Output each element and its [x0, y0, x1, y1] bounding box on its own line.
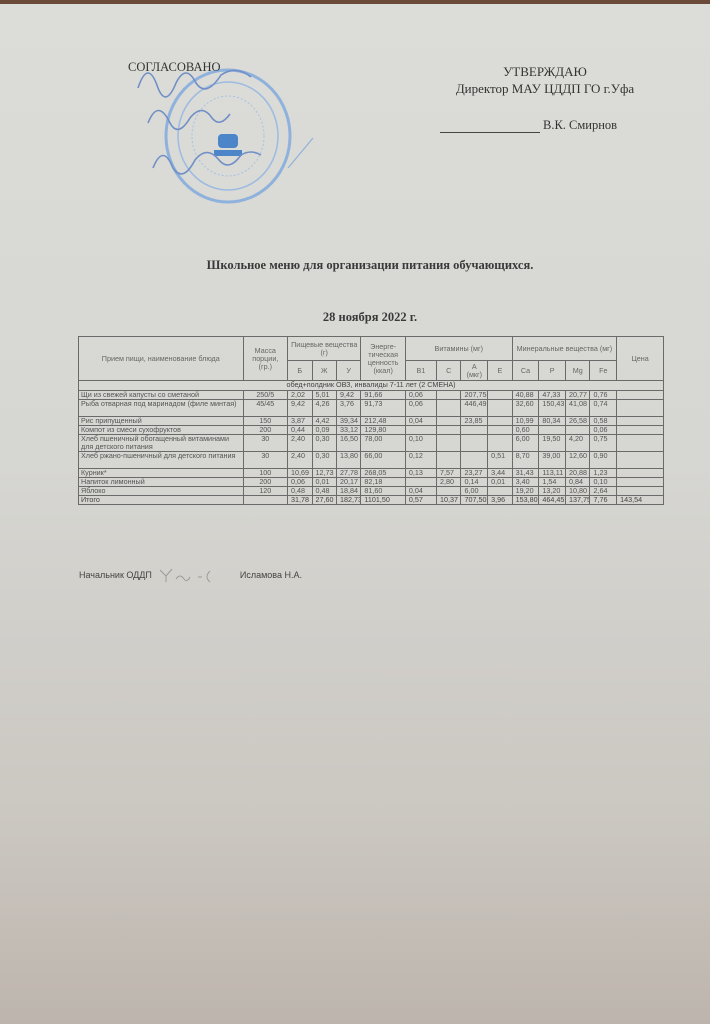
cell-price [617, 391, 664, 400]
cell-c [437, 426, 461, 435]
cell-p: 80,34 [539, 417, 566, 426]
cell-zh: 4,26 [312, 400, 336, 417]
cell-mg: 12,60 [566, 452, 590, 469]
cell-a: 23,85 [461, 417, 488, 426]
cell-name: Яблоко [79, 487, 244, 496]
header-minerals: Минеральные вещества (мг) [512, 337, 617, 361]
cell-c: 2,80 [437, 478, 461, 487]
cell-ca: 19,20 [512, 487, 539, 496]
cell-zh: 0,30 [312, 435, 336, 452]
cell-p: 13,20 [539, 487, 566, 496]
cell-price [617, 426, 664, 435]
header-vitamins: Витамины (мг) [405, 337, 512, 361]
total-name: Итого [79, 496, 244, 505]
cell-zh: 4,42 [312, 417, 336, 426]
total-e: 3,96 [488, 496, 512, 505]
cell-b1: 0,06 [405, 391, 436, 400]
total-zh: 27,60 [312, 496, 336, 505]
cell-energy: 91,73 [361, 400, 405, 417]
cell-fe: 0,10 [590, 478, 617, 487]
table-row: Яблоко1200,480,4818,8481,600,046,0019,20… [79, 487, 664, 496]
cell-c [437, 487, 461, 496]
cell-c [437, 391, 461, 400]
cell-a: 23,27 [461, 469, 488, 478]
cell-fe: 0,58 [590, 417, 617, 426]
cell-b1: 0,04 [405, 417, 436, 426]
header-fe: Fe [590, 361, 617, 381]
header-zh: Ж [312, 361, 336, 381]
cell-e [488, 487, 512, 496]
header-mass: Масса порции, (гр.) [243, 337, 287, 381]
photo-edge [0, 0, 710, 4]
cell-mg [566, 426, 590, 435]
total-mg: 137,75 [566, 496, 590, 505]
table-row: Рыба отварная под маринадом (филе минтая… [79, 400, 664, 417]
table-row: Напиток лимонный2000,060,0120,1782,182,8… [79, 478, 664, 487]
cell-a [461, 435, 488, 452]
cell-u: 39,34 [336, 417, 360, 426]
cell-mass: 30 [243, 452, 287, 469]
cell-b: 2,40 [288, 435, 312, 452]
cell-zh: 0,30 [312, 452, 336, 469]
cell-mass: 100 [243, 469, 287, 478]
cell-b1: 0,12 [405, 452, 436, 469]
cell-fe: 0,06 [590, 426, 617, 435]
cell-energy: 268,05 [361, 469, 405, 478]
cell-a: 0,14 [461, 478, 488, 487]
cell-energy: 91,66 [361, 391, 405, 400]
header-e: Е [488, 361, 512, 381]
cell-name: Хлеб пшеничный обогащенный витаминами дл… [79, 435, 244, 452]
cell-b1 [405, 426, 436, 435]
cell-mg: 4,20 [566, 435, 590, 452]
cell-energy: 66,00 [361, 452, 405, 469]
header-p: Р [539, 361, 566, 381]
cell-e [488, 426, 512, 435]
cell-b: 2,40 [288, 452, 312, 469]
director-name: В.К. Смирнов [543, 118, 617, 133]
menu-table: Прием пищи, наименование блюда Масса пор… [78, 336, 664, 505]
total-price: 143,54 [617, 496, 664, 505]
approval-block: УТВЕРЖДАЮ Директор МАУ ЦДДП ГО г.Уфа [430, 63, 660, 97]
cell-b1: 0,06 [405, 400, 436, 417]
cell-e: 0,51 [488, 452, 512, 469]
header-b1: В1 [405, 361, 436, 381]
cell-price [617, 400, 664, 417]
cell-name: Рис припущенный [79, 417, 244, 426]
director-signature-line: В.К. Смирнов [440, 118, 660, 133]
total-fe: 7,76 [590, 496, 617, 505]
cell-b1: 0,10 [405, 435, 436, 452]
table-row: Компот из смеси сухофруктов2000,440,0933… [79, 426, 664, 435]
cell-mass: 150 [243, 417, 287, 426]
table-row: Курник*10010,6912,7327,78268,050,137,572… [79, 469, 664, 478]
cell-mass: 30 [243, 435, 287, 452]
approved-left-label: СОГЛАСОВАНО [128, 60, 221, 75]
cell-a: 6,00 [461, 487, 488, 496]
cell-b: 3,87 [288, 417, 312, 426]
cell-mg: 41,08 [566, 400, 590, 417]
total-mass [243, 496, 287, 505]
cell-energy: 78,00 [361, 435, 405, 452]
header-nutrients: Пищевые вещества (г) [288, 337, 361, 361]
cell-b1: 0,04 [405, 487, 436, 496]
section-label: обед+полдник ОВЗ, инвалиды 7-11 лет (2 С… [79, 381, 664, 391]
cell-fe: 0,76 [590, 391, 617, 400]
cell-price [617, 435, 664, 452]
table-row: Щи из свежей капусты со сметаной250/52,0… [79, 391, 664, 400]
cell-b: 2,02 [288, 391, 312, 400]
header-mg: Mg [566, 361, 590, 381]
cell-mass: 120 [243, 487, 287, 496]
footer-signature: Начальник ОДДП Исламова Н.А. [79, 567, 302, 583]
total-a: 707,50 [461, 496, 488, 505]
cell-name: Хлеб ржано-пшеничный для детского питани… [79, 452, 244, 469]
cell-b1 [405, 478, 436, 487]
cell-mass: 200 [243, 426, 287, 435]
total-b1: 0,57 [405, 496, 436, 505]
cell-fe: 0,75 [590, 435, 617, 452]
header-b: Б [288, 361, 312, 381]
total-row: Итого31,7827,60182,731101,500,5710,37707… [79, 496, 664, 505]
cell-fe: 0,90 [590, 452, 617, 469]
cell-e: 3,44 [488, 469, 512, 478]
cell-u: 33,12 [336, 426, 360, 435]
signature-line [440, 118, 540, 133]
cell-u: 3,76 [336, 400, 360, 417]
cell-e [488, 391, 512, 400]
cell-a [461, 452, 488, 469]
cell-p: 47,33 [539, 391, 566, 400]
director-position: Директор МАУ ЦДДП ГО г.Уфа [430, 80, 660, 97]
footer-position: Начальник ОДДП [79, 570, 152, 580]
header-price: Цена [617, 337, 664, 381]
cell-a: 207,75 [461, 391, 488, 400]
cell-ca: 10,99 [512, 417, 539, 426]
cell-mg: 0,84 [566, 478, 590, 487]
cell-mg: 26,58 [566, 417, 590, 426]
cell-energy: 82,18 [361, 478, 405, 487]
cell-a [461, 426, 488, 435]
cell-c [437, 452, 461, 469]
cell-u: 20,17 [336, 478, 360, 487]
total-b: 31,78 [288, 496, 312, 505]
cell-zh: 0,09 [312, 426, 336, 435]
cell-ca: 31,43 [512, 469, 539, 478]
cell-u: 16,50 [336, 435, 360, 452]
cell-energy: 81,60 [361, 487, 405, 496]
cell-fe: 2,64 [590, 487, 617, 496]
cell-b: 0,44 [288, 426, 312, 435]
header-ca: Са [512, 361, 539, 381]
cell-zh: 12,73 [312, 469, 336, 478]
cell-name: Рыба отварная под маринадом (филе минтая… [79, 400, 244, 417]
cell-b: 10,69 [288, 469, 312, 478]
cell-fe: 1,23 [590, 469, 617, 478]
cell-e [488, 417, 512, 426]
cell-zh: 5,01 [312, 391, 336, 400]
table-row: Рис припущенный1503,874,4239,34212,480,0… [79, 417, 664, 426]
cell-energy: 129,80 [361, 426, 405, 435]
header-a: А (мкг) [461, 361, 488, 381]
cell-u: 18,84 [336, 487, 360, 496]
cell-p: 19,50 [539, 435, 566, 452]
cell-c [437, 435, 461, 452]
header-c: С [437, 361, 461, 381]
cell-mg: 20,77 [566, 391, 590, 400]
cell-u: 9,42 [336, 391, 360, 400]
table-row: Хлеб пшеничный обогащенный витаминами дл… [79, 435, 664, 452]
cell-c [437, 400, 461, 417]
cell-p [539, 426, 566, 435]
cell-zh: 0,48 [312, 487, 336, 496]
cell-b: 0,06 [288, 478, 312, 487]
table-row: Хлеб ржано-пшеничный для детского питани… [79, 452, 664, 469]
cell-mass: 45/45 [243, 400, 287, 417]
header-name: Прием пищи, наименование блюда [79, 337, 244, 381]
cell-p: 39,00 [539, 452, 566, 469]
document-title: Школьное меню для организации питания об… [0, 258, 710, 273]
cell-ca: 3,40 [512, 478, 539, 487]
cell-mg: 20,88 [566, 469, 590, 478]
cell-b1: 0,13 [405, 469, 436, 478]
cell-ca: 8,70 [512, 452, 539, 469]
cell-mass: 250/5 [243, 391, 287, 400]
total-u: 182,73 [336, 496, 360, 505]
cell-b: 0,48 [288, 487, 312, 496]
cell-ca: 6,00 [512, 435, 539, 452]
cell-name: Щи из свежей капусты со сметаной [79, 391, 244, 400]
cell-price [617, 478, 664, 487]
cell-ca: 0,60 [512, 426, 539, 435]
cell-p: 1,54 [539, 478, 566, 487]
cell-price [617, 452, 664, 469]
total-p: 464,45 [539, 496, 566, 505]
cell-name: Компот из смеси сухофруктов [79, 426, 244, 435]
signature-icon [156, 567, 236, 583]
cell-zh: 0,01 [312, 478, 336, 487]
cell-u: 27,78 [336, 469, 360, 478]
cell-fe: 0,74 [590, 400, 617, 417]
cell-p: 150,43 [539, 400, 566, 417]
cell-price [617, 417, 664, 426]
document-date: 28 ноября 2022 г. [0, 310, 710, 325]
cell-b: 9,42 [288, 400, 312, 417]
cell-mass: 200 [243, 478, 287, 487]
cell-ca: 40,88 [512, 391, 539, 400]
cell-price [617, 487, 664, 496]
total-ca: 153,80 [512, 496, 539, 505]
cell-c [437, 417, 461, 426]
cell-p: 113,11 [539, 469, 566, 478]
approved-right-label: УТВЕРЖДАЮ [430, 63, 660, 80]
total-energy: 1101,50 [361, 496, 405, 505]
cell-energy: 212,48 [361, 417, 405, 426]
header-u: У [336, 361, 360, 381]
cell-price [617, 469, 664, 478]
header-energy: Энерге-тическая ценность (ккал) [361, 337, 405, 381]
cell-name: Напиток лимонный [79, 478, 244, 487]
cell-ca: 32,60 [512, 400, 539, 417]
total-c: 10,37 [437, 496, 461, 505]
cell-e [488, 435, 512, 452]
cell-e [488, 400, 512, 417]
cell-name: Курник* [79, 469, 244, 478]
cell-a: 446,49 [461, 400, 488, 417]
cell-c: 7,57 [437, 469, 461, 478]
footer-name: Исламова Н.А. [240, 570, 302, 580]
cell-mg: 10,80 [566, 487, 590, 496]
cell-e: 0,01 [488, 478, 512, 487]
cell-u: 13,80 [336, 452, 360, 469]
